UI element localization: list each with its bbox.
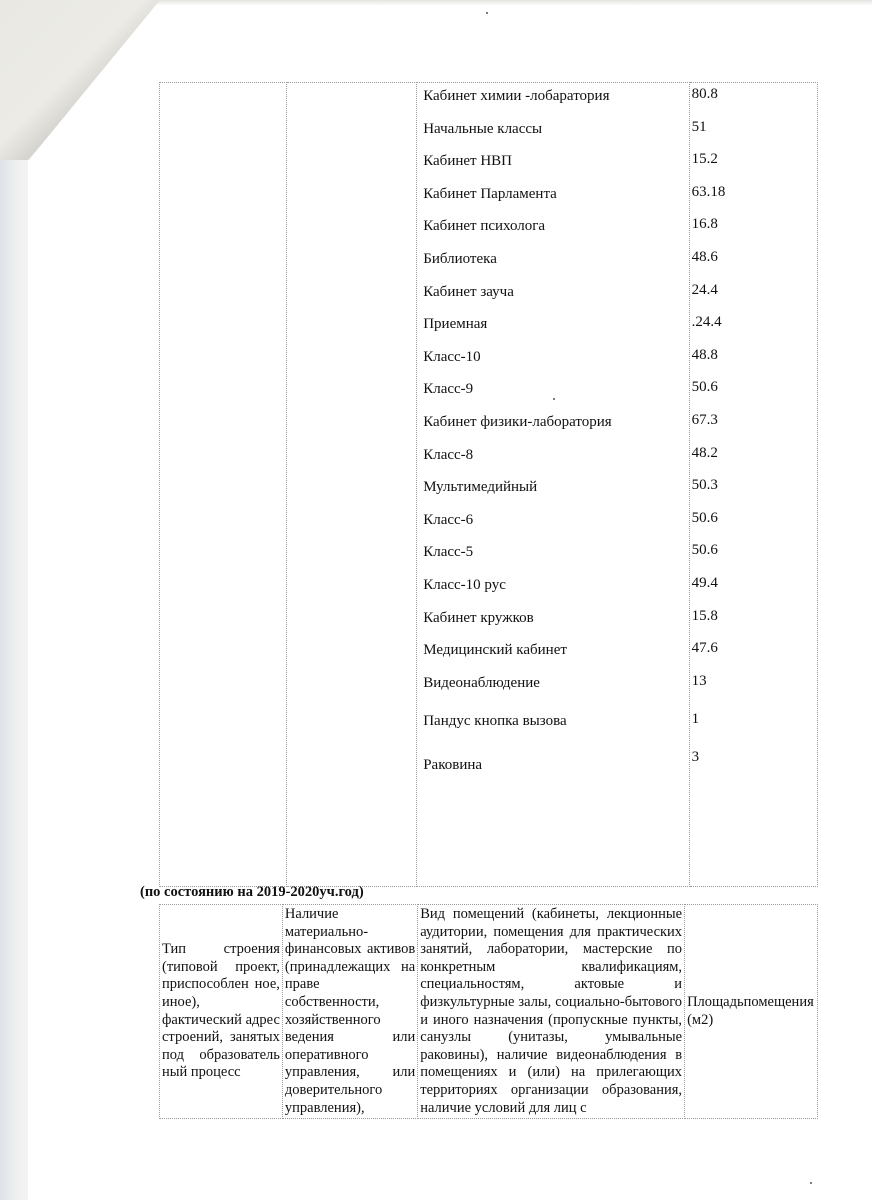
room-name: Класс-10 bbox=[417, 346, 688, 379]
room-name: Приемная bbox=[417, 313, 688, 346]
room-area: 48.8 bbox=[690, 344, 817, 377]
period-caption: (по состоянию на 2019-2020уч.год) bbox=[140, 884, 364, 901]
room-area: 13 bbox=[690, 670, 817, 708]
room-area: 24.4 bbox=[690, 279, 817, 312]
header-room-types: Вид помещений (кабинеты, лекционные ауди… bbox=[418, 905, 685, 1119]
header-room-area: Площадьпомещения (м2) bbox=[685, 905, 818, 1119]
room-area: 80.8 bbox=[690, 83, 817, 116]
room-name: Класс-8 bbox=[417, 444, 688, 477]
room-name: Мультимедийный bbox=[417, 476, 688, 509]
room-names-cell: Кабинет химии -лобараторияНачальные клас… bbox=[417, 83, 689, 887]
room-name: Кабинет кружков bbox=[417, 607, 688, 640]
folded-page-corner bbox=[0, 0, 160, 160]
room-name: Кабинет зауча bbox=[417, 281, 688, 314]
scanner-edge bbox=[0, 0, 28, 1200]
room-area: 3 bbox=[690, 746, 817, 784]
room-areas-cell: 80.85115.263.1816.848.624.4.24.448.850.6… bbox=[689, 83, 817, 887]
room-area: 50.6 bbox=[690, 539, 817, 572]
room-area: 51 bbox=[690, 116, 817, 149]
show-through-text bbox=[287, 83, 416, 93]
room-name: Кабинет физики-лаборатория bbox=[417, 411, 688, 444]
room-area: 48.6 bbox=[690, 246, 817, 279]
show-through-text bbox=[160, 83, 286, 93]
room-name: Кабинет Парламента bbox=[417, 183, 688, 216]
room-area: .24.4 bbox=[690, 311, 817, 344]
room-name: Кабинет НВП bbox=[417, 150, 688, 183]
room-area: 15.8 bbox=[690, 605, 817, 638]
rooms-table: Кабинет химии -лобараторияНачальные клас… bbox=[159, 82, 818, 887]
header-table: Тип строения (типовой проект, приспособл… bbox=[159, 904, 818, 1119]
room-name: Класс-5 bbox=[417, 541, 688, 574]
room-area: 49.4 bbox=[690, 572, 817, 605]
room-name: Класс-9 bbox=[417, 378, 688, 411]
room-area: 47.6 bbox=[690, 637, 817, 670]
building-type-cell bbox=[160, 83, 287, 887]
room-area: 67.3 bbox=[690, 409, 817, 442]
room-area: 1 bbox=[690, 708, 817, 746]
room-area: 15.2 bbox=[690, 148, 817, 181]
room-name: Кабинет химии -лобаратория bbox=[417, 85, 688, 118]
room-name: Раковина bbox=[417, 748, 688, 792]
room-name: Медицинский кабинет bbox=[417, 639, 688, 672]
scan-speck bbox=[810, 1182, 812, 1184]
room-name: Библиотека bbox=[417, 248, 688, 281]
room-area: 48.2 bbox=[690, 442, 817, 475]
header-building-type: Тип строения (типовой проект, приспособл… bbox=[160, 905, 283, 1119]
room-area: 50.6 bbox=[690, 507, 817, 540]
room-area: 16.8 bbox=[690, 213, 817, 246]
room-name: Пандус кнопка вызова bbox=[417, 710, 688, 748]
scan-speck bbox=[486, 12, 488, 14]
header-material-assets: Наличие материально-финансовых активов (… bbox=[282, 905, 417, 1119]
room-area: 50.3 bbox=[690, 474, 817, 507]
room-name: Видеонаблюдение bbox=[417, 672, 688, 710]
room-area: 63.18 bbox=[690, 181, 817, 214]
assets-cell bbox=[287, 83, 417, 887]
scan-speck bbox=[553, 398, 555, 400]
room-name: Класс-6 bbox=[417, 509, 688, 542]
room-name: Кабинет психолога bbox=[417, 215, 688, 248]
room-area: 50.6 bbox=[690, 376, 817, 409]
room-name: Класс-10 рус bbox=[417, 574, 688, 607]
room-name: Начальные классы bbox=[417, 118, 688, 151]
